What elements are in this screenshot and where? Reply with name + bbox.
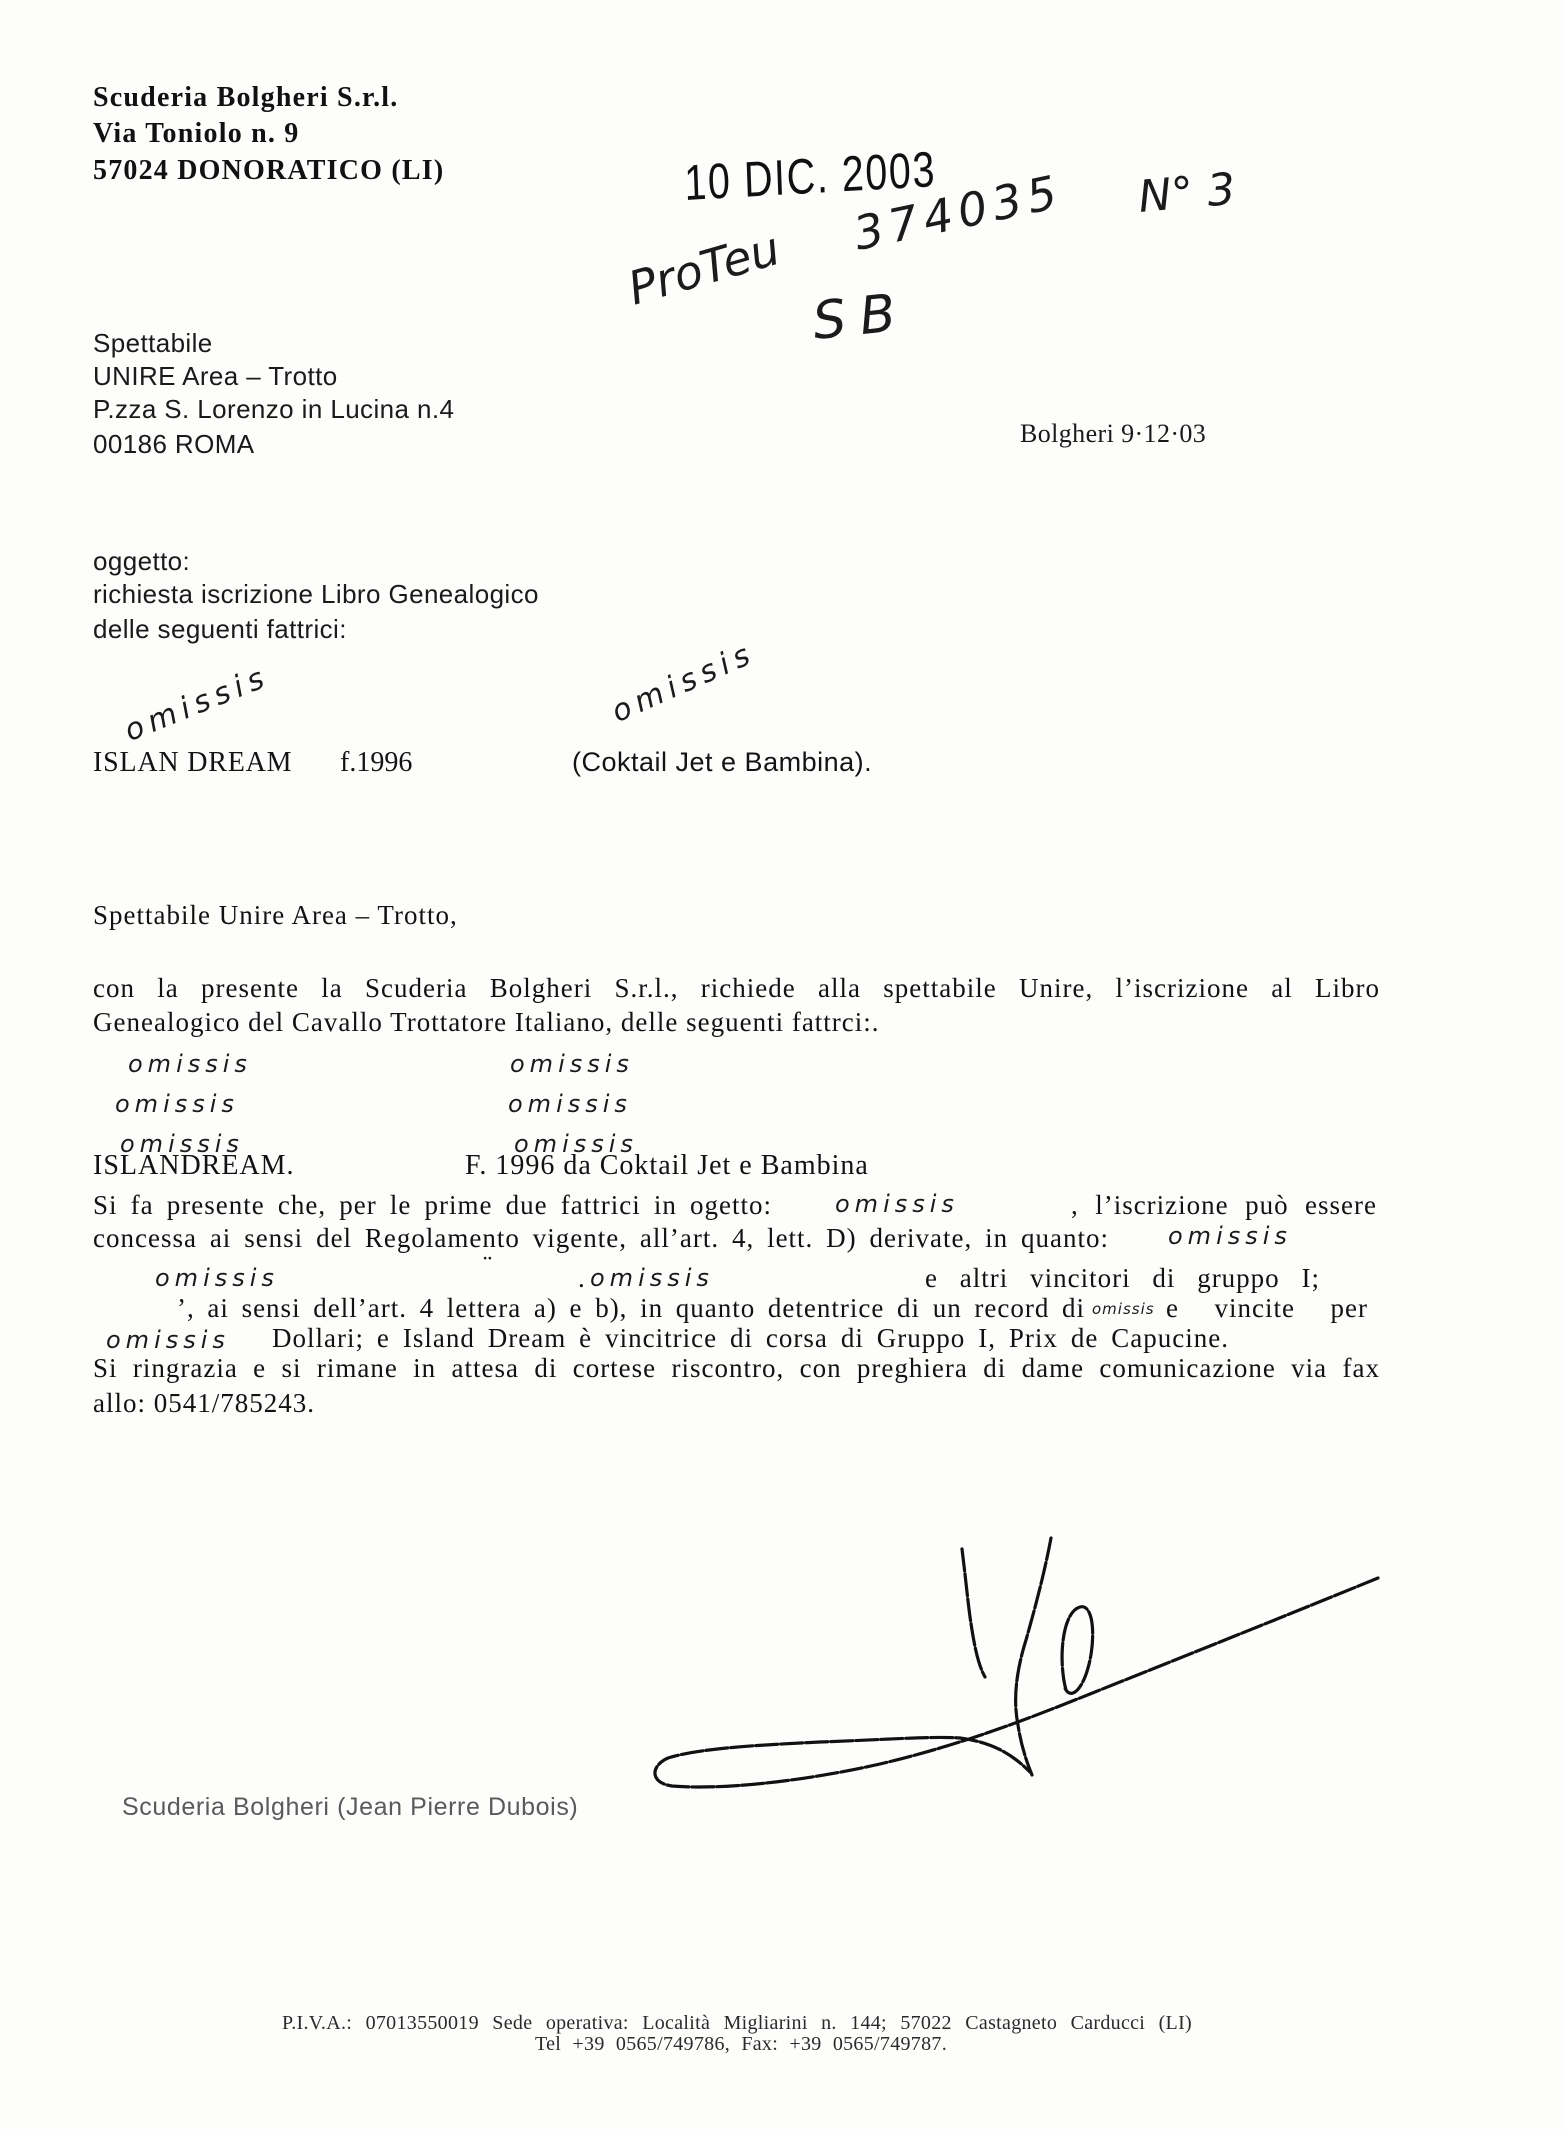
redaction-mark: omissis [115,1092,239,1116]
stray-mark: ¨ [483,1252,493,1279]
subject-horse-parents: (Coktail Jet e Bambina). [572,749,872,776]
body-line-6: Si ringrazia e si rimane in attesa di co… [93,1355,1380,1382]
company-name: Scuderia Bolgheri S.r.l. [93,84,398,112]
horse-name: ISLANDREAM. [93,1152,295,1180]
place-and-date: Bolgheri 9·12·03 [1020,421,1206,447]
body-line-1-start: Si fa presente che, per le prime due fat… [93,1192,772,1219]
redaction-mark: omissis [590,1266,714,1290]
greeting: Spettabile Unire Area – Trotto, [93,902,458,929]
body-line-3-end: e altri vincitori di gruppo I; [925,1265,1320,1292]
subject-horse-birth: f.1996 [340,749,412,777]
body-line-4-end: e vincite per [1166,1295,1368,1322]
redaction-mark: omissis [128,1052,252,1076]
recipient-address: P.zza S. Lorenzo in Lucina n.4 [93,396,454,422]
redaction-mark: omissis [508,1092,632,1116]
protocol-initials: SB [810,286,912,348]
scanned-letter: Scuderia Bolgheri S.r.l. Via Toniolo n. … [0,0,1565,2129]
body-line-1-end: , l’iscrizione può essere [1071,1192,1377,1219]
protocol-label: ProTeu [623,225,784,312]
recipient-salutation: Spettabile [93,330,213,356]
redaction-mark: omissis [835,1192,959,1216]
redaction-mark: omissis [155,1266,279,1290]
body-line-7: allo: 0541/785243. [93,1390,315,1417]
subject-line-2: delle seguenti fattrici: [93,616,347,642]
protocol-sequence: N° 3 [1137,168,1237,220]
subject-label: oggetto: [93,548,190,574]
intro-line-1: con la presente la Scuderia Bolgheri S.r… [93,975,1380,1002]
redaction-mark: omissis [106,1328,230,1352]
recipient-city: 00186 ROMA [93,431,255,457]
redaction-mark: omissis [1168,1224,1292,1248]
redaction-mark: omissis [1092,1302,1155,1317]
redaction-mark: omissis [510,1052,634,1076]
body-line-4-start: ’, ai sensi dell’art. 4 lettera a) e b),… [177,1295,1085,1322]
signatory-name: Scuderia Bolgheri (Jean Pierre Dubois) [122,1795,578,1820]
recipient-organization: UNIRE Area – Trotto [93,363,338,389]
company-street: Via Toniolo n. 9 [93,120,299,148]
redaction-mark: omissis [608,638,760,728]
intro-line-2: Genealogico del Cavallo Trottatore Itali… [93,1009,880,1036]
horse-info: F. 1996 da Coktail Jet e Bambina [465,1152,869,1180]
subject-line-1: richiesta iscrizione Libro Genealogico [93,581,539,607]
redaction-dot: . [578,1265,586,1292]
redaction-mark: omissis [121,662,274,747]
body-line-5: Dollari; e Island Dream è vincitrice di … [272,1325,1229,1352]
footer-contacts: Tel +39 0565/749786, Fax: +39 0565/74978… [535,2034,947,2054]
company-city: 57024 DONORATICO (LI) [93,157,444,185]
subject-horse-name: ISLAN DREAM [93,749,292,777]
handwritten-signature [640,1520,1400,1810]
body-line-2: concessa ai sensi del Regolamento vigent… [93,1225,1109,1252]
footer-company-info: P.I.V.A.: 07013550019 Sede operativa: Lo… [282,2013,1192,2033]
